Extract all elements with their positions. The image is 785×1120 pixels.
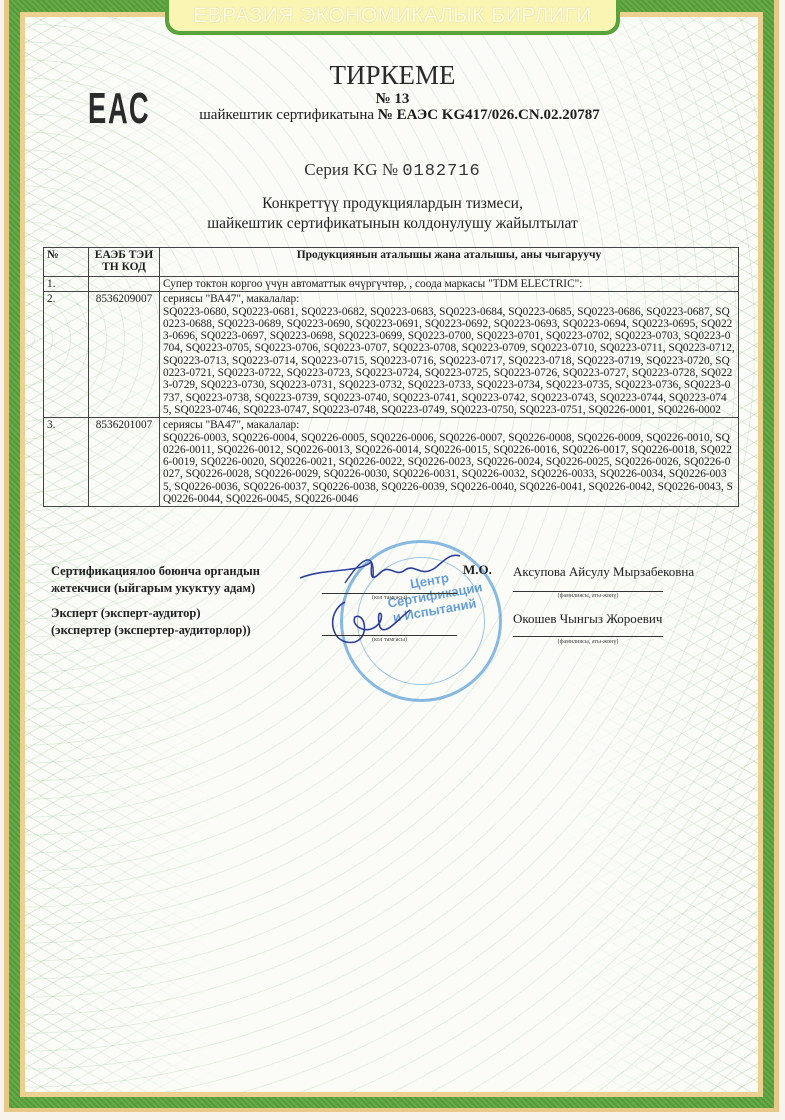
expert-sign-hint: (кол тамгасы) bbox=[322, 637, 457, 643]
header-code: ЕАЭБ ТЭИ ТН КОД bbox=[89, 248, 160, 277]
expert-name-hint: (фамилиясы, аты-жөнү) bbox=[513, 639, 663, 645]
row-description: сериясы "ВА47", макалалар: SQ0226-0003, … bbox=[160, 418, 739, 507]
subtitle-line-1: Конкреттүү продукциялардын тизмеси, bbox=[0, 194, 785, 214]
series-label: Серия KG № bbox=[304, 160, 398, 179]
row-code: 8536201007 bbox=[89, 418, 160, 507]
table-header-row: № ЕАЭБ ТЭИ ТН КОД Продукциянын аталышы ж… bbox=[44, 248, 739, 277]
row-number: 2. bbox=[44, 292, 89, 418]
row-description: сериясы "ВА47", макалалар: SQ0223-0680, … bbox=[160, 292, 739, 418]
expert-label: Эксперт (эксперт-аудитор) (экспертер (эк… bbox=[51, 605, 251, 639]
products-table: № ЕАЭБ ТЭИ ТН КОД Продукциянын аталышы ж… bbox=[43, 247, 739, 507]
appendix-number: № 13 bbox=[0, 91, 785, 108]
series-line: Серия KG № 0182716 bbox=[0, 160, 785, 181]
certificate-reference: шайкештик сертификатына № ЕАЭС KG417/026… bbox=[0, 107, 785, 124]
row-code: 8536209007 bbox=[89, 292, 160, 418]
header-name: Продукциянын аталышы жана аталышы, аны ч… bbox=[160, 248, 739, 277]
document-title: ТИРКЕМЕ bbox=[0, 60, 785, 91]
head-label: Сертификациялоо боюнча органдын жетекчис… bbox=[51, 563, 260, 597]
seal-place-label: М.О. bbox=[463, 562, 492, 578]
table-row: 2.8536209007сериясы "ВА47", макалалар: S… bbox=[44, 292, 739, 418]
head-name-hint: (фамилиясы, аты-жөнү) bbox=[513, 593, 663, 599]
row-number: 1. bbox=[44, 277, 89, 292]
row-code bbox=[89, 277, 160, 292]
document-subtitle: Конкреттүү продукциялардын тизмеси, шайк… bbox=[0, 194, 785, 234]
row-number: 3. bbox=[44, 418, 89, 507]
table-row: 3.8536201007сериясы "ВА47", макалалар: S… bbox=[44, 418, 739, 507]
head-name: Аксупова Айсулу Мырзабековна bbox=[513, 564, 694, 580]
banner-text: ЕВРАЗИЯ ЭКОНОМИКАЛЫК БИРЛИГИ bbox=[193, 4, 592, 28]
signatures-section: Сертификациялоо боюнча органдын жетекчис… bbox=[0, 555, 785, 675]
header-banner: ЕВРАЗИЯ ЭКОНОМИКАЛЫК БИРЛИГИ bbox=[165, 0, 620, 35]
expert-sign-line bbox=[322, 635, 457, 636]
head-sign-line bbox=[322, 593, 457, 594]
certificate-number: № ЕАЭС KG417/026.CN.02.20787 bbox=[378, 107, 600, 123]
expert-name-line bbox=[513, 636, 663, 637]
series-number: 0182716 bbox=[402, 162, 480, 181]
certificate-prefix: шайкештик сертификатына bbox=[199, 107, 374, 123]
header-num: № bbox=[44, 248, 89, 277]
table-row: 1.Супер токтон коргоо үчүн автоматтык өч… bbox=[44, 277, 739, 292]
head-sign-hint: (кол тамгасы) bbox=[322, 595, 457, 601]
expert-name: Окошев Чынгыз Жороевич bbox=[513, 611, 662, 627]
subtitle-line-2: шайкештик сертификатынын колдонулушу жай… bbox=[0, 214, 785, 234]
head-name-line bbox=[513, 591, 663, 592]
row-description: Супер токтон коргоо үчүн автоматтык өчүр… bbox=[160, 277, 739, 292]
